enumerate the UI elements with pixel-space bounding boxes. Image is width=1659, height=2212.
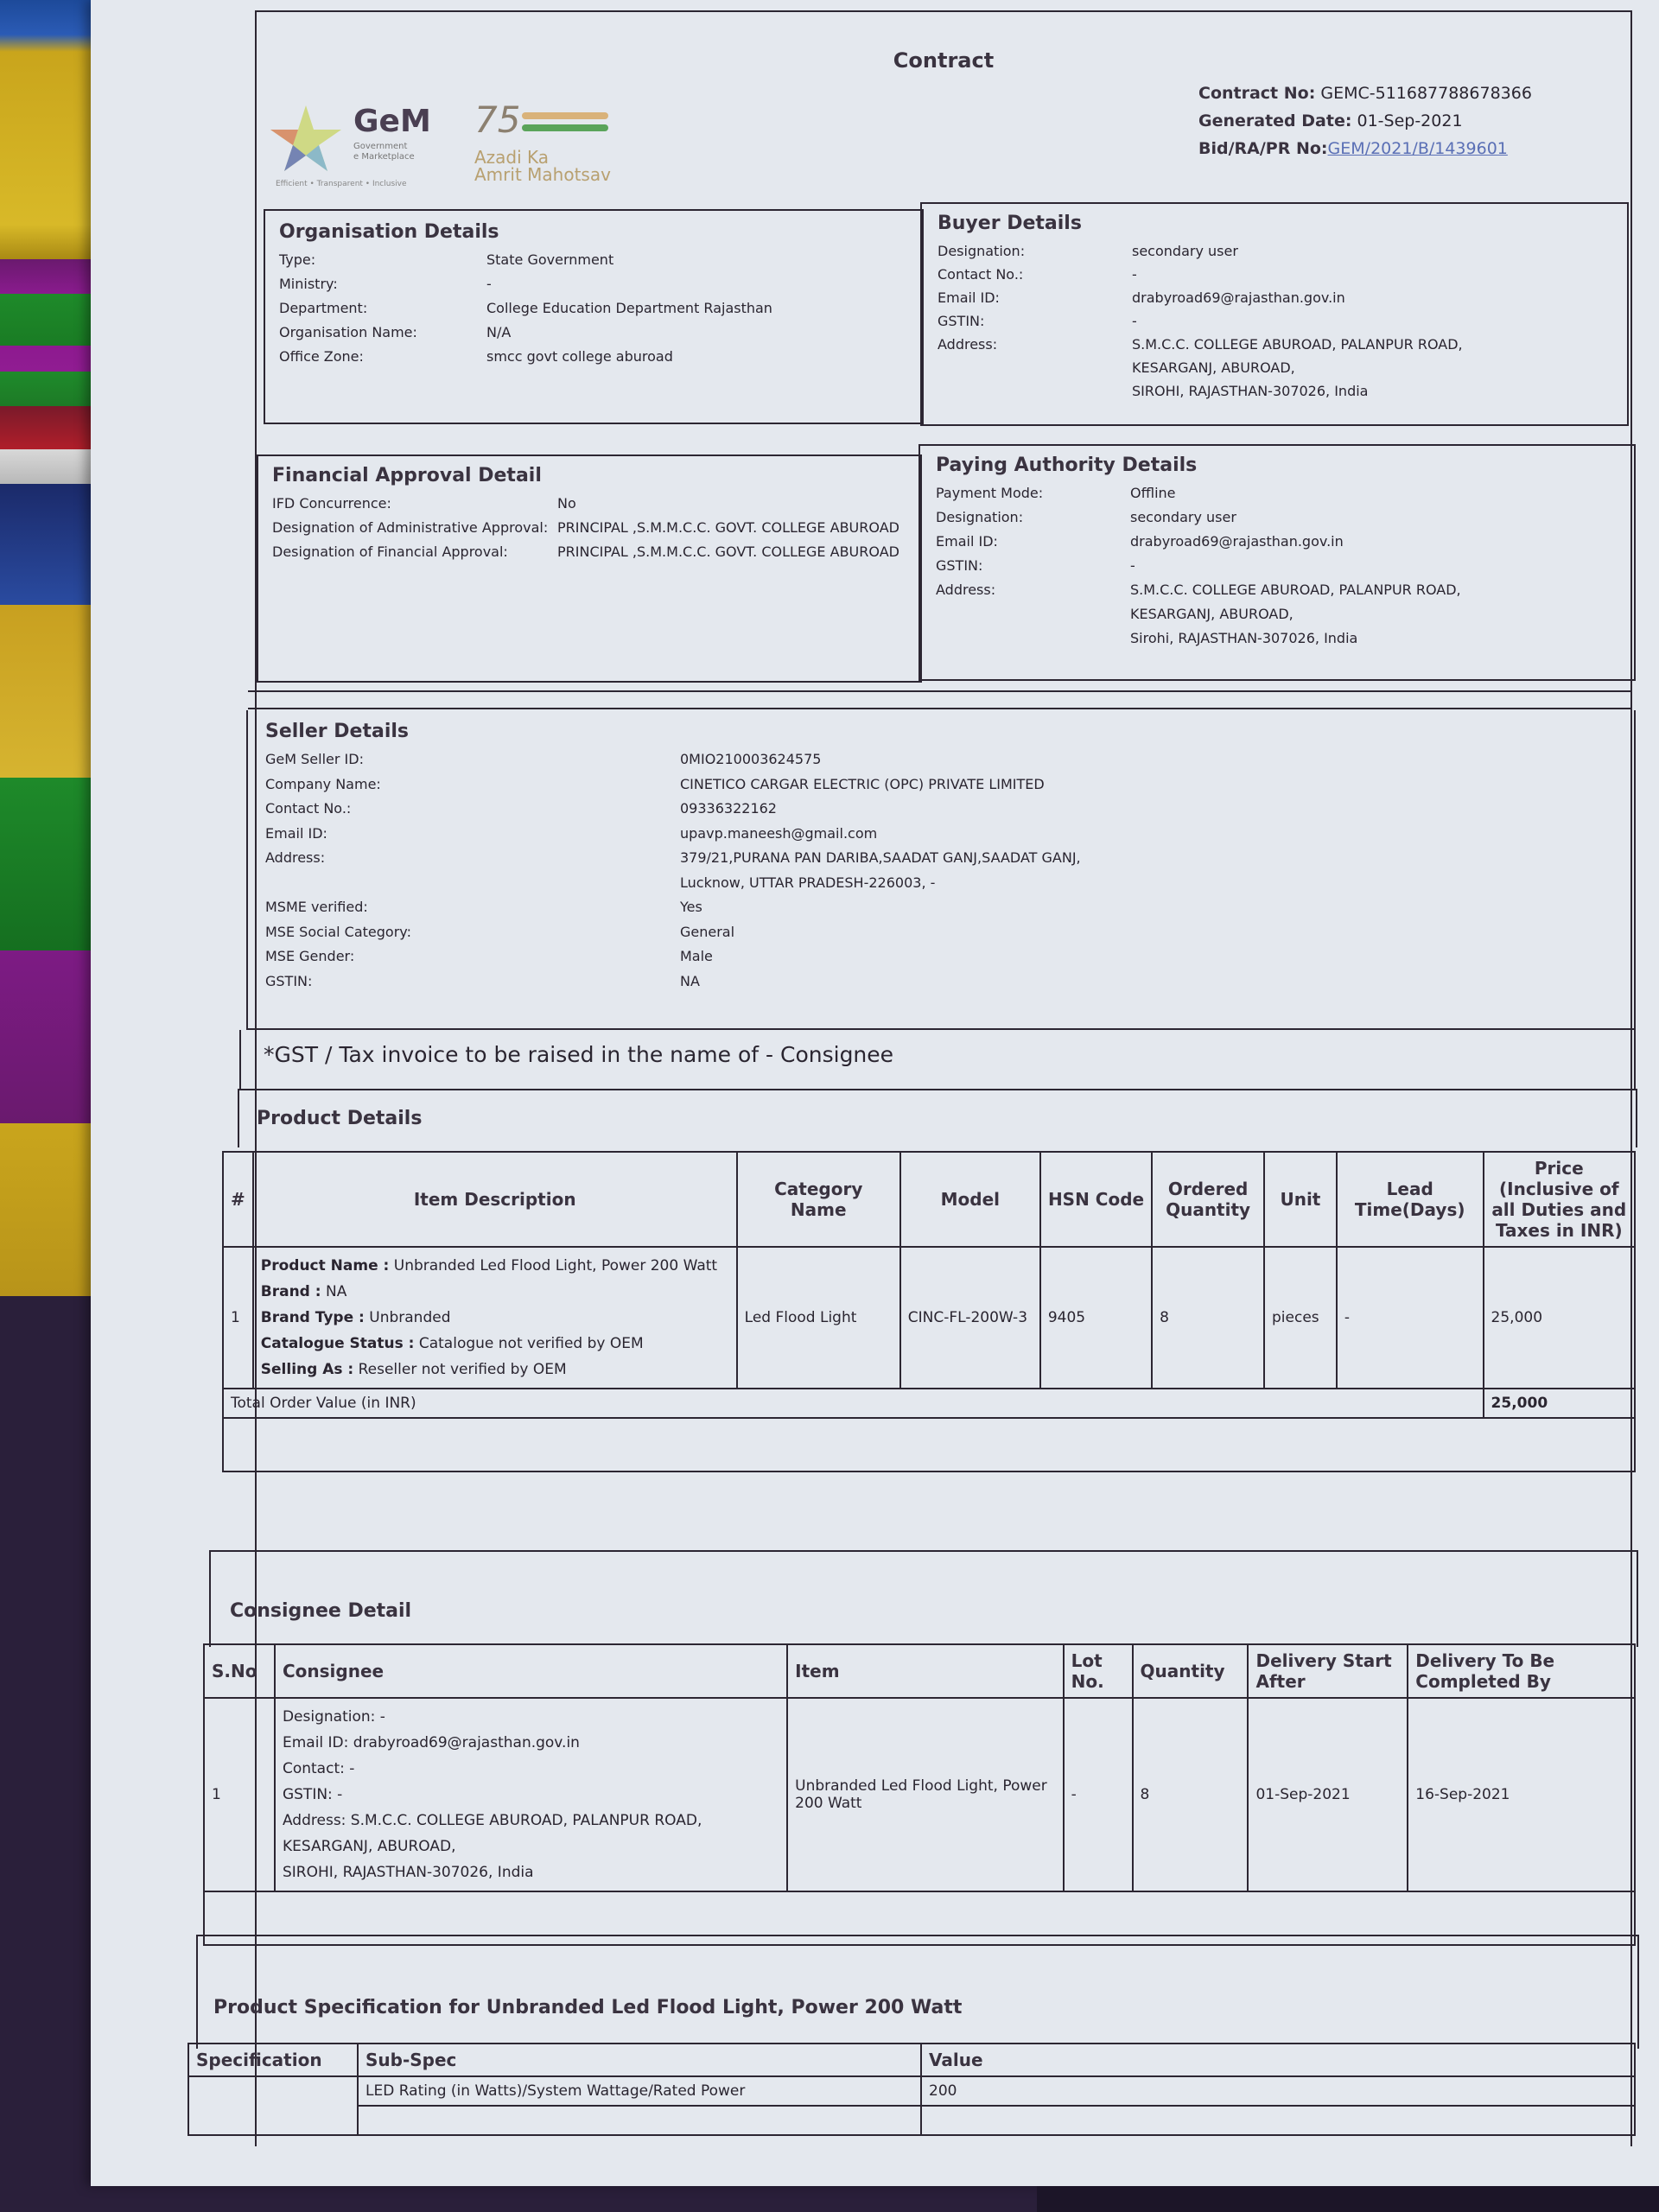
- description-line: Catalogue Status : Catalogue not verifie…: [261, 1331, 729, 1357]
- column-header: Sub-Spec: [358, 2044, 921, 2076]
- buyer-fields: Designation:secondary userContact No.:-E…: [938, 239, 1611, 403]
- column-header: Ordered Quantity: [1152, 1152, 1264, 1247]
- column-header: Unit: [1264, 1152, 1337, 1247]
- item: Unbranded Led Flood Light, Power 200 Wat…: [787, 1698, 1063, 1891]
- bid-number-link[interactable]: GEM/2021/B/1439601: [1328, 139, 1508, 158]
- ordered-quantity: 8: [1152, 1247, 1264, 1389]
- financial-field-value: No: [557, 492, 906, 516]
- product-table-body: 1Product Name : Unbranded Led Flood Ligh…: [223, 1247, 1635, 1471]
- organisation-field-value: smcc govt college aburoad: [486, 345, 908, 369]
- buyer-title: Buyer Details: [938, 213, 1611, 234]
- buyer-field-value: -: [1132, 309, 1611, 333]
- organisation-field-value: State Government: [486, 248, 908, 272]
- generated-date: Generated Date: 01-Sep-2021: [1198, 107, 1532, 135]
- buyer-field-value[interactable]: drabyroad69@rajasthan.gov.in: [1132, 286, 1611, 309]
- seller-field-label: Company Name:: [265, 772, 680, 798]
- table-row: LED Rating (in Watts)/System Wattage/Rat…: [188, 2076, 1635, 2106]
- column-header: Specification: [188, 2044, 358, 2076]
- paying-field-value: S.M.C.C. COLLEGE ABUROAD, PALANPUR ROAD,…: [1130, 578, 1618, 651]
- financial-fields: IFD Concurrence:NoDesignation of Adminis…: [272, 492, 906, 564]
- column-header: Model: [900, 1152, 1040, 1247]
- seller-field-value: General: [680, 920, 1617, 945]
- buyer-field-label: Address:: [938, 333, 1132, 403]
- description-key: Brand Type :: [261, 1309, 365, 1326]
- buyer-field-label: Email ID:: [938, 286, 1132, 309]
- consignee-details: Designation: - Email ID: drabyroad69@raj…: [275, 1698, 787, 1891]
- paying-field-label: Address:: [936, 578, 1130, 651]
- organisation-field-label: Office Zone:: [279, 345, 486, 369]
- consignee-table-wrap: S.NoConsigneeItemLot No.QuantityDelivery…: [203, 1643, 1636, 1946]
- lot-number: -: [1064, 1698, 1133, 1891]
- spacer-cell: [223, 1418, 1635, 1471]
- column-header: Item Description: [253, 1152, 737, 1247]
- generated-date-value: 01-Sep-2021: [1357, 111, 1462, 130]
- description-key: Catalogue Status :: [261, 1335, 415, 1352]
- description-line: Brand Type : Unbranded: [261, 1305, 729, 1331]
- consignee-detail-header: Consignee Detail: [209, 1550, 1638, 1647]
- column-header: HSN Code: [1040, 1152, 1152, 1247]
- price: 25,000: [1484, 1247, 1635, 1389]
- column-header: Lead Time(Days): [1337, 1152, 1484, 1247]
- gem-tagline: Efficient • Transparent • Inclusive: [276, 180, 407, 188]
- contract-header: Contract GeM Government e Marketplace Ef…: [257, 12, 1630, 185]
- gem-subtitle-line-1: Government: [353, 142, 415, 152]
- seller-field-label: Email ID:: [265, 822, 680, 847]
- description-line: Brand : NA: [261, 1279, 729, 1305]
- buyer-field-value: secondary user: [1132, 239, 1611, 263]
- specification-table-body: LED Rating (in Watts)/System Wattage/Rat…: [188, 2076, 1635, 2135]
- paying-authority-details: Paying Authority Details Payment Mode:Of…: [918, 444, 1636, 681]
- contract-meta: Contract No: GEMC-511687788678366 Genera…: [1198, 79, 1532, 162]
- buyer-field-label: Contact No.:: [938, 263, 1132, 286]
- bid-number-label: Bid/RA/PR No:: [1198, 139, 1328, 158]
- divider: [248, 690, 1630, 692]
- spec-value: [921, 2106, 1635, 2135]
- column-header: #: [223, 1152, 253, 1247]
- seller-field-label: GSTIN:: [265, 969, 680, 995]
- financial-field-label: Designation of Financial Approval:: [272, 540, 557, 564]
- gem-logo-text: GeM: [353, 104, 431, 139]
- gem-star-icon: [267, 104, 345, 173]
- buyer-field-value: -: [1132, 263, 1611, 286]
- contract-number: Contract No: GEMC-511687788678366: [1198, 79, 1532, 107]
- financial-title: Financial Approval Detail: [272, 465, 906, 486]
- azadi-number: 75: [474, 99, 520, 141]
- unit: pieces: [1264, 1247, 1337, 1389]
- buyer-field-label: GSTIN:: [938, 309, 1132, 333]
- description-line: Selling As : Reseller not verified by OE…: [261, 1357, 729, 1382]
- serial-number: 1: [204, 1698, 275, 1891]
- product-table-wrap: #Item DescriptionCategory NameModelHSN C…: [222, 1151, 1636, 1472]
- seller-field-label: GeM Seller ID:: [265, 747, 680, 772]
- consignee-table: S.NoConsigneeItemLot No.QuantityDelivery…: [203, 1643, 1636, 1946]
- generated-date-label: Generated Date:: [1198, 111, 1351, 130]
- financial-field-value: PRINCIPAL ,S.M.M.C.C. GOVT. COLLEGE ABUR…: [557, 540, 906, 564]
- financial-field-label: Designation of Administrative Approval:: [272, 516, 557, 540]
- description-key: Product Name :: [261, 1257, 390, 1274]
- paper-sheet: Contract GeM Government e Marketplace Ef…: [91, 0, 1659, 2186]
- paying-field-label: GSTIN:: [936, 554, 1130, 578]
- column-header: Quantity: [1133, 1644, 1249, 1698]
- seller-field-value: Yes: [680, 895, 1617, 920]
- lead-time: -: [1337, 1247, 1484, 1389]
- description-value: Catalogue not verified by OEM: [414, 1335, 643, 1352]
- seller-field-value: Male: [680, 944, 1617, 969]
- page-title: Contract: [257, 48, 1630, 73]
- seller-field-value: NA: [680, 969, 1617, 995]
- description-line: Product Name : Unbranded Led Flood Light…: [261, 1253, 729, 1279]
- seller-details: Seller Details GeM Seller ID:0MIO2100036…: [246, 710, 1636, 1030]
- table-row: 1Designation: - Email ID: drabyroad69@ra…: [204, 1698, 1635, 1891]
- gst-note-box: *GST / Tax invoice to be raised in the n…: [239, 1030, 1636, 1090]
- seller-field-label: MSE Social Category:: [265, 920, 680, 945]
- organisation-fields: Type:State GovernmentMinistry:-Departmen…: [279, 248, 908, 369]
- column-header: Delivery To Be Completed By: [1408, 1644, 1635, 1698]
- gem-subtitle: Government e Marketplace: [353, 142, 415, 162]
- seller-field-label: Contact No.:: [265, 797, 680, 822]
- seller-fields: GeM Seller ID:0MIO210003624575Company Na…: [265, 747, 1617, 994]
- sub-spec: LED Rating (in Watts)/System Wattage/Rat…: [358, 2076, 921, 2106]
- organisation-field-label: Type:: [279, 248, 486, 272]
- contract-page: Contract GeM Government e Marketplace Ef…: [255, 10, 1632, 2146]
- seller-field-value: 379/21,PURANA PAN DARIBA,SAADAT GANJ,SAA…: [680, 846, 1617, 895]
- consignee-title: Consignee Detail: [211, 1552, 1637, 1622]
- column-header: Value: [921, 2044, 1635, 2076]
- flag-stripe-saffron: [522, 112, 608, 119]
- description-value: Unbranded Led Flood Light, Power 200 Wat…: [389, 1257, 717, 1274]
- buyer-field-label: Designation:: [938, 239, 1132, 263]
- azadi-logo: 75 Azadi Ka Amrit Mahotsav: [474, 99, 647, 185]
- financial-field-value: PRINCIPAL ,S.M.M.C.C. GOVT. COLLEGE ABUR…: [557, 516, 906, 540]
- column-header: Delivery Start After: [1248, 1644, 1408, 1698]
- azadi-text: Azadi Ka Amrit Mahotsav: [474, 149, 611, 183]
- bid-number: Bid/RA/PR No:GEM/2021/B/1439601: [1198, 135, 1532, 162]
- paying-field-value: secondary user: [1130, 505, 1618, 530]
- sub-spec: [358, 2106, 921, 2135]
- column-header: S.No: [204, 1644, 275, 1698]
- paying-field-value[interactable]: drabyroad69@rajasthan.gov.in: [1130, 530, 1618, 554]
- gst-note: *GST / Tax invoice to be raised in the n…: [241, 1030, 1634, 1079]
- buyer-details: Buyer Details Designation:secondary user…: [920, 202, 1629, 426]
- spacer-row: [223, 1418, 1635, 1471]
- description-value: Unbranded: [365, 1309, 451, 1326]
- consignee-table-header: S.NoConsigneeItemLot No.QuantityDelivery…: [204, 1644, 1635, 1698]
- seller-field-value: 0MIO210003624575: [680, 747, 1617, 772]
- paying-field-value: -: [1130, 554, 1618, 578]
- flag-stripe-green: [522, 124, 608, 131]
- column-header: Consignee: [275, 1644, 787, 1698]
- azadi-text-line-2: Amrit Mahotsav: [474, 166, 611, 183]
- specification-table-wrap: SpecificationSub-SpecValue LED Rating (i…: [188, 2043, 1636, 2136]
- specification-table: SpecificationSub-SpecValue LED Rating (i…: [188, 2043, 1636, 2136]
- background-shadow: [1037, 2186, 1659, 2212]
- product-table: #Item DescriptionCategory NameModelHSN C…: [222, 1151, 1636, 1472]
- column-header: Price (Inclusive of all Duties and Taxes…: [1484, 1152, 1635, 1247]
- paying-field-value: Offline: [1130, 481, 1618, 505]
- quantity: 8: [1133, 1698, 1249, 1891]
- logo-area: GeM Government e Marketplace Efficient •…: [267, 99, 647, 194]
- paying-fields: Payment Mode:OfflineDesignation:secondar…: [936, 481, 1618, 651]
- seller-field-value: 09336322162: [680, 797, 1617, 822]
- seller-field-value: CINETICO CARGAR ELECTRIC (OPC) PRIVATE L…: [680, 772, 1617, 798]
- consignee-table-body: 1Designation: - Email ID: drabyroad69@ra…: [204, 1698, 1635, 1945]
- paying-field-label: Email ID:: [936, 530, 1130, 554]
- paying-field-label: Payment Mode:: [936, 481, 1130, 505]
- seller-field-label: MSME verified:: [265, 895, 680, 920]
- gem-subtitle-line-2: e Marketplace: [353, 152, 415, 162]
- item-description: Product Name : Unbranded Led Flood Light…: [253, 1247, 737, 1389]
- seller-field-label: MSE Gender:: [265, 944, 680, 969]
- delivery-end: 16-Sep-2021: [1408, 1698, 1635, 1891]
- total-value: 25,000: [1484, 1389, 1635, 1418]
- organisation-field-value: College Education Department Rajasthan: [486, 296, 908, 321]
- contract-number-value: GEMC-511687788678366: [1320, 84, 1532, 103]
- specification: [188, 2076, 358, 2135]
- organisation-field-label: Department:: [279, 296, 486, 321]
- total-row: Total Order Value (in INR)25,000: [223, 1389, 1635, 1418]
- table-row: [188, 2106, 1635, 2135]
- organisation-field-label: Organisation Name:: [279, 321, 486, 345]
- product-title: Product Details: [239, 1089, 1636, 1129]
- specification-title: Product Specification for Unbranded Led …: [198, 1936, 1637, 2018]
- description-value: Reseller not verified by OEM: [353, 1361, 566, 1378]
- seller-field-value[interactable]: upavp.maneesh@gmail.com: [680, 822, 1617, 847]
- financial-approval-detail: Financial Approval Detail IFD Concurrenc…: [257, 454, 922, 683]
- organisation-field-value: -: [486, 272, 908, 296]
- product-details-header: Product Details: [238, 1089, 1637, 1147]
- total-label: Total Order Value (in INR): [223, 1389, 1484, 1418]
- organisation-field-value: N/A: [486, 321, 908, 345]
- product-table-header: #Item DescriptionCategory NameModelHSN C…: [223, 1152, 1635, 1247]
- organisation-details: Organisation Details Type:State Governme…: [264, 209, 924, 424]
- organisation-title: Organisation Details: [279, 221, 908, 243]
- description-value: NA: [321, 1283, 347, 1300]
- financial-field-label: IFD Concurrence:: [272, 492, 557, 516]
- description-key: Selling As :: [261, 1361, 353, 1378]
- column-header: Category Name: [737, 1152, 900, 1247]
- contract-number-label: Contract No:: [1198, 84, 1315, 103]
- column-header: Lot No.: [1064, 1644, 1133, 1698]
- row-index: 1: [223, 1247, 253, 1389]
- seller-title: Seller Details: [265, 721, 1617, 742]
- spec-value: 200: [921, 2076, 1635, 2106]
- divider: [248, 708, 1630, 709]
- hsn-code: 9405: [1040, 1247, 1152, 1389]
- organisation-field-label: Ministry:: [279, 272, 486, 296]
- model: CINC-FL-200W-3: [900, 1247, 1040, 1389]
- description-key: Brand :: [261, 1283, 321, 1300]
- buyer-field-value: S.M.C.C. COLLEGE ABUROAD, PALANPUR ROAD,…: [1132, 333, 1611, 403]
- azadi-text-line-1: Azadi Ka: [474, 149, 611, 166]
- table-row: 1Product Name : Unbranded Led Flood Ligh…: [223, 1247, 1635, 1389]
- paying-title: Paying Authority Details: [936, 454, 1618, 476]
- seller-field-label: Address:: [265, 846, 680, 895]
- paying-field-label: Designation:: [936, 505, 1130, 530]
- delivery-start: 01-Sep-2021: [1248, 1698, 1408, 1891]
- category-name: Led Flood Light: [737, 1247, 900, 1389]
- column-header: Item: [787, 1644, 1063, 1698]
- specification-header: Product Specification for Unbranded Led …: [196, 1935, 1639, 2049]
- specification-table-header: SpecificationSub-SpecValue: [188, 2044, 1635, 2076]
